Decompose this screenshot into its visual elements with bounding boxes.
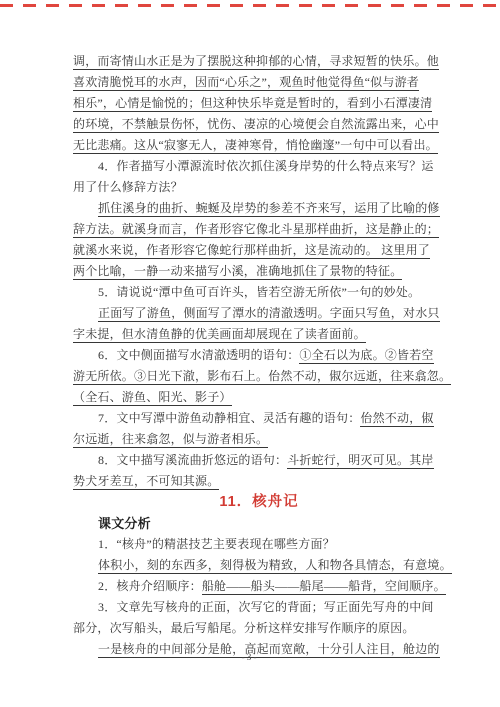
underlined-answer-text: 势犬牙差互，不可知其源。 (73, 474, 219, 490)
plain-text: 3．文章先写核舟的正面，次写它的背面；写正面先写舟的中间 (98, 600, 434, 614)
text-line: 两个比喻，一静一动来描写小溪，准确地抓住了景物的特征。 (73, 261, 445, 282)
text-line: 喜欢清脆悦耳的水声，因而“心乐之”，观鱼时他觉得鱼“似与游者 (73, 72, 445, 93)
underlined-answer-text: （全石、游鱼、阳光、影子） (73, 390, 232, 406)
underlined-answer-text: 船舱——船头——船尾——船背，空间顺序。 (202, 579, 446, 595)
text-line: 2．核舟介绍顺序：船舱——船头——船尾——船背，空间顺序。 (73, 576, 445, 597)
underlined-answer-text: 正面写了游鱼，侧面写了潭水的清澈透明。字面只写鱼，对水只 (98, 306, 440, 322)
plain-text: 11．核舟记 (219, 494, 298, 510)
underlined-answer-text: 字未提，但水清鱼静的优美画面却展现在了读者面前。 (73, 327, 366, 343)
underlined-answer-text: 相乐”，心情是愉悦的；但这种快乐毕竟是暂时的，看到小石潭凄清 (73, 96, 432, 112)
text-line: 游无所依。③日光下澈，影布石上。佁然不动，俶尔远逝，往来翕忽。 (73, 366, 445, 387)
text-line: 用了什么修辞方法？ (73, 177, 445, 198)
text-line: 字未提，但水清鱼静的优美画面却展现在了读者面前。 (73, 324, 445, 345)
text-line: 1．“核舟”的精湛技艺主要表现在哪些方面？ (73, 534, 445, 555)
plain-text: 部分，次写船头，最后写船尾。分析这样安排写作顺序的原因。 (73, 621, 415, 635)
underlined-answer-text: 体积小，刻的东西多，刻得极为精致，人和物各具情态，有意境。 (98, 558, 452, 574)
underlined-answer-text: 辞方法。就溪身而言，作者形容它像北斗星那样曲折，这是静止的； (73, 222, 439, 238)
underlined-answer-text: 斗折蛇行，明灭可见。其岸 (287, 453, 433, 469)
text-line: 调，而寄情山水正是为了摆脱这种抑郁的心情，寻求短暂的快乐。他 (73, 51, 445, 72)
underlined-answer-text: 两个比喻，一静一动来描写小溪，准确地抓住了景物的特征。 (73, 264, 402, 280)
text-lines: 调，而寄情山水正是为了摆脱这种抑郁的心情，寻求短暂的快乐。他喜欢清脆悦耳的水声，… (73, 51, 445, 660)
underlined-answer-text: 游无所依。③日光下澈，影布石上。佁然不动，俶尔远逝，往来翕忽。 (73, 369, 451, 385)
text-line: 辞方法。就溪身而言，作者形容它像北斗星那样曲折，这是静止的； (73, 219, 445, 240)
text-line: 正面写了游鱼，侧面写了潭水的清澈透明。字面只写鱼，对水只 (73, 303, 445, 324)
text-line: 3．文章先写核舟的正面，次写它的背面；写正面先写舟的中间 (73, 597, 445, 618)
page-top-dashed-border (0, 4, 500, 7)
document-body: 调，而寄情山水正是为了摆脱这种抑郁的心情，寻求短暂的快乐。他喜欢清脆悦耳的水声，… (73, 51, 445, 660)
plain-text: 用了什么修辞方法？ (73, 180, 183, 194)
text-line: 体积小，刻的东西多，刻得极为精致，人和物各具情态，有意境。 (73, 555, 445, 576)
underlined-answer-text: 喜欢清脆悦耳的水声，因而“心乐之”，观鱼时他觉得鱼“似与游者 (73, 75, 419, 91)
text-line: 相乐”，心情是愉悦的；但这种快乐毕竟是暂时的，看到小石潭凄清 (73, 93, 445, 114)
text-line: （全石、游鱼、阳光、影子） (73, 387, 445, 408)
plain-text: 课文分析 (98, 516, 151, 531)
text-line: 4．作者描写小潭源流时依次抓住溪身岸势的什么特点来写？运 (73, 156, 445, 177)
plain-text: 8．文中描写溪流曲折悠远的语句： (98, 453, 287, 467)
underlined-answer-text: 调，而寄情山水正是为了摆脱这种抑郁的心情，寻求短暂的快乐。他 (73, 54, 439, 70)
text-line: 8．文中描写溪流曲折悠远的语句：斗折蛇行，明灭可见。其岸 (73, 450, 445, 471)
text-line: 势犬牙差互，不可知其源。 (73, 471, 445, 492)
text-line: 部分，次写船头，最后写船尾。分析这样安排写作顺序的原因。 (73, 618, 445, 639)
text-line: 7．文中写潭中游鱼动静相宜、灵活有趣的语句：佁然不动，俶 (73, 408, 445, 429)
plain-text: 7．文中写潭中游鱼动静相宜、灵活有趣的语句： (98, 411, 360, 425)
page-number: -3- (0, 653, 500, 663)
plain-text: 6．文中侧面描写水清澈透明的语句： (98, 348, 299, 362)
subsection-heading: 课文分析 (73, 513, 445, 534)
text-line: 的环境，不禁触景伤怀，忧伤、凄凉的心境便会自然流露出来，心中 (73, 114, 445, 135)
text-line: 5．请说说“潭中鱼可百许头，皆若空游无所依”一句的妙处。 (73, 282, 445, 303)
underlined-answer-text: 无比悲痛。这从“寂寥无人，凄神寒骨，悄怆幽邃”一句中可以看出。 (73, 138, 438, 154)
plain-text: 5．请说说“潭中鱼可百许头，皆若空游无所依”一句的妙处。 (98, 285, 420, 299)
text-line: 无比悲痛。这从“寂寥无人，凄神寒骨，悄怆幽邃”一句中可以看出。 (73, 135, 445, 156)
underlined-answer-text: 尔远逝，往来翕忽，似与游者相乐。 (73, 432, 268, 448)
text-line: 6．文中侧面描写水清澈透明的语句：①全石以为底。②皆若空 (73, 345, 445, 366)
underlined-answer-text: 佁然不动，俶 (360, 411, 433, 427)
underlined-answer-text: ①全石以为底。②皆若空 (299, 348, 433, 364)
plain-text: 2．核舟介绍顺序： (98, 579, 202, 593)
text-line: 抓住溪身的曲折、蜿蜒及岸势的参差不齐来写，运用了比喻的修 (73, 198, 445, 219)
document-page: 调，而寄情山水正是为了摆脱这种抑郁的心情，寻求短暂的快乐。他喜欢清脆悦耳的水声，… (0, 0, 500, 707)
plain-text: 4．作者描写小潭源流时依次抓住溪身岸势的什么特点来写？运 (98, 159, 434, 173)
text-line: 尔远逝，往来翕忽，似与游者相乐。 (73, 429, 445, 450)
plain-text: 1．“核舟”的精湛技艺主要表现在哪些方面？ (98, 537, 335, 551)
section-title: 11．核舟记 (73, 492, 445, 513)
underlined-answer-text: 就溪水来说，作者形容它像蛇行那样曲折，这是流动的。 这里用了 (73, 243, 430, 259)
text-line: 就溪水来说，作者形容它像蛇行那样曲折，这是流动的。 这里用了 (73, 240, 445, 261)
underlined-answer-text: 的环境，不禁触景伤怀，忧伤、凄凉的心境便会自然流露出来，心中 (73, 117, 439, 133)
underlined-answer-text: 抓住溪身的曲折、蜿蜒及岸势的参差不齐来写，运用了比喻的修 (98, 201, 440, 217)
